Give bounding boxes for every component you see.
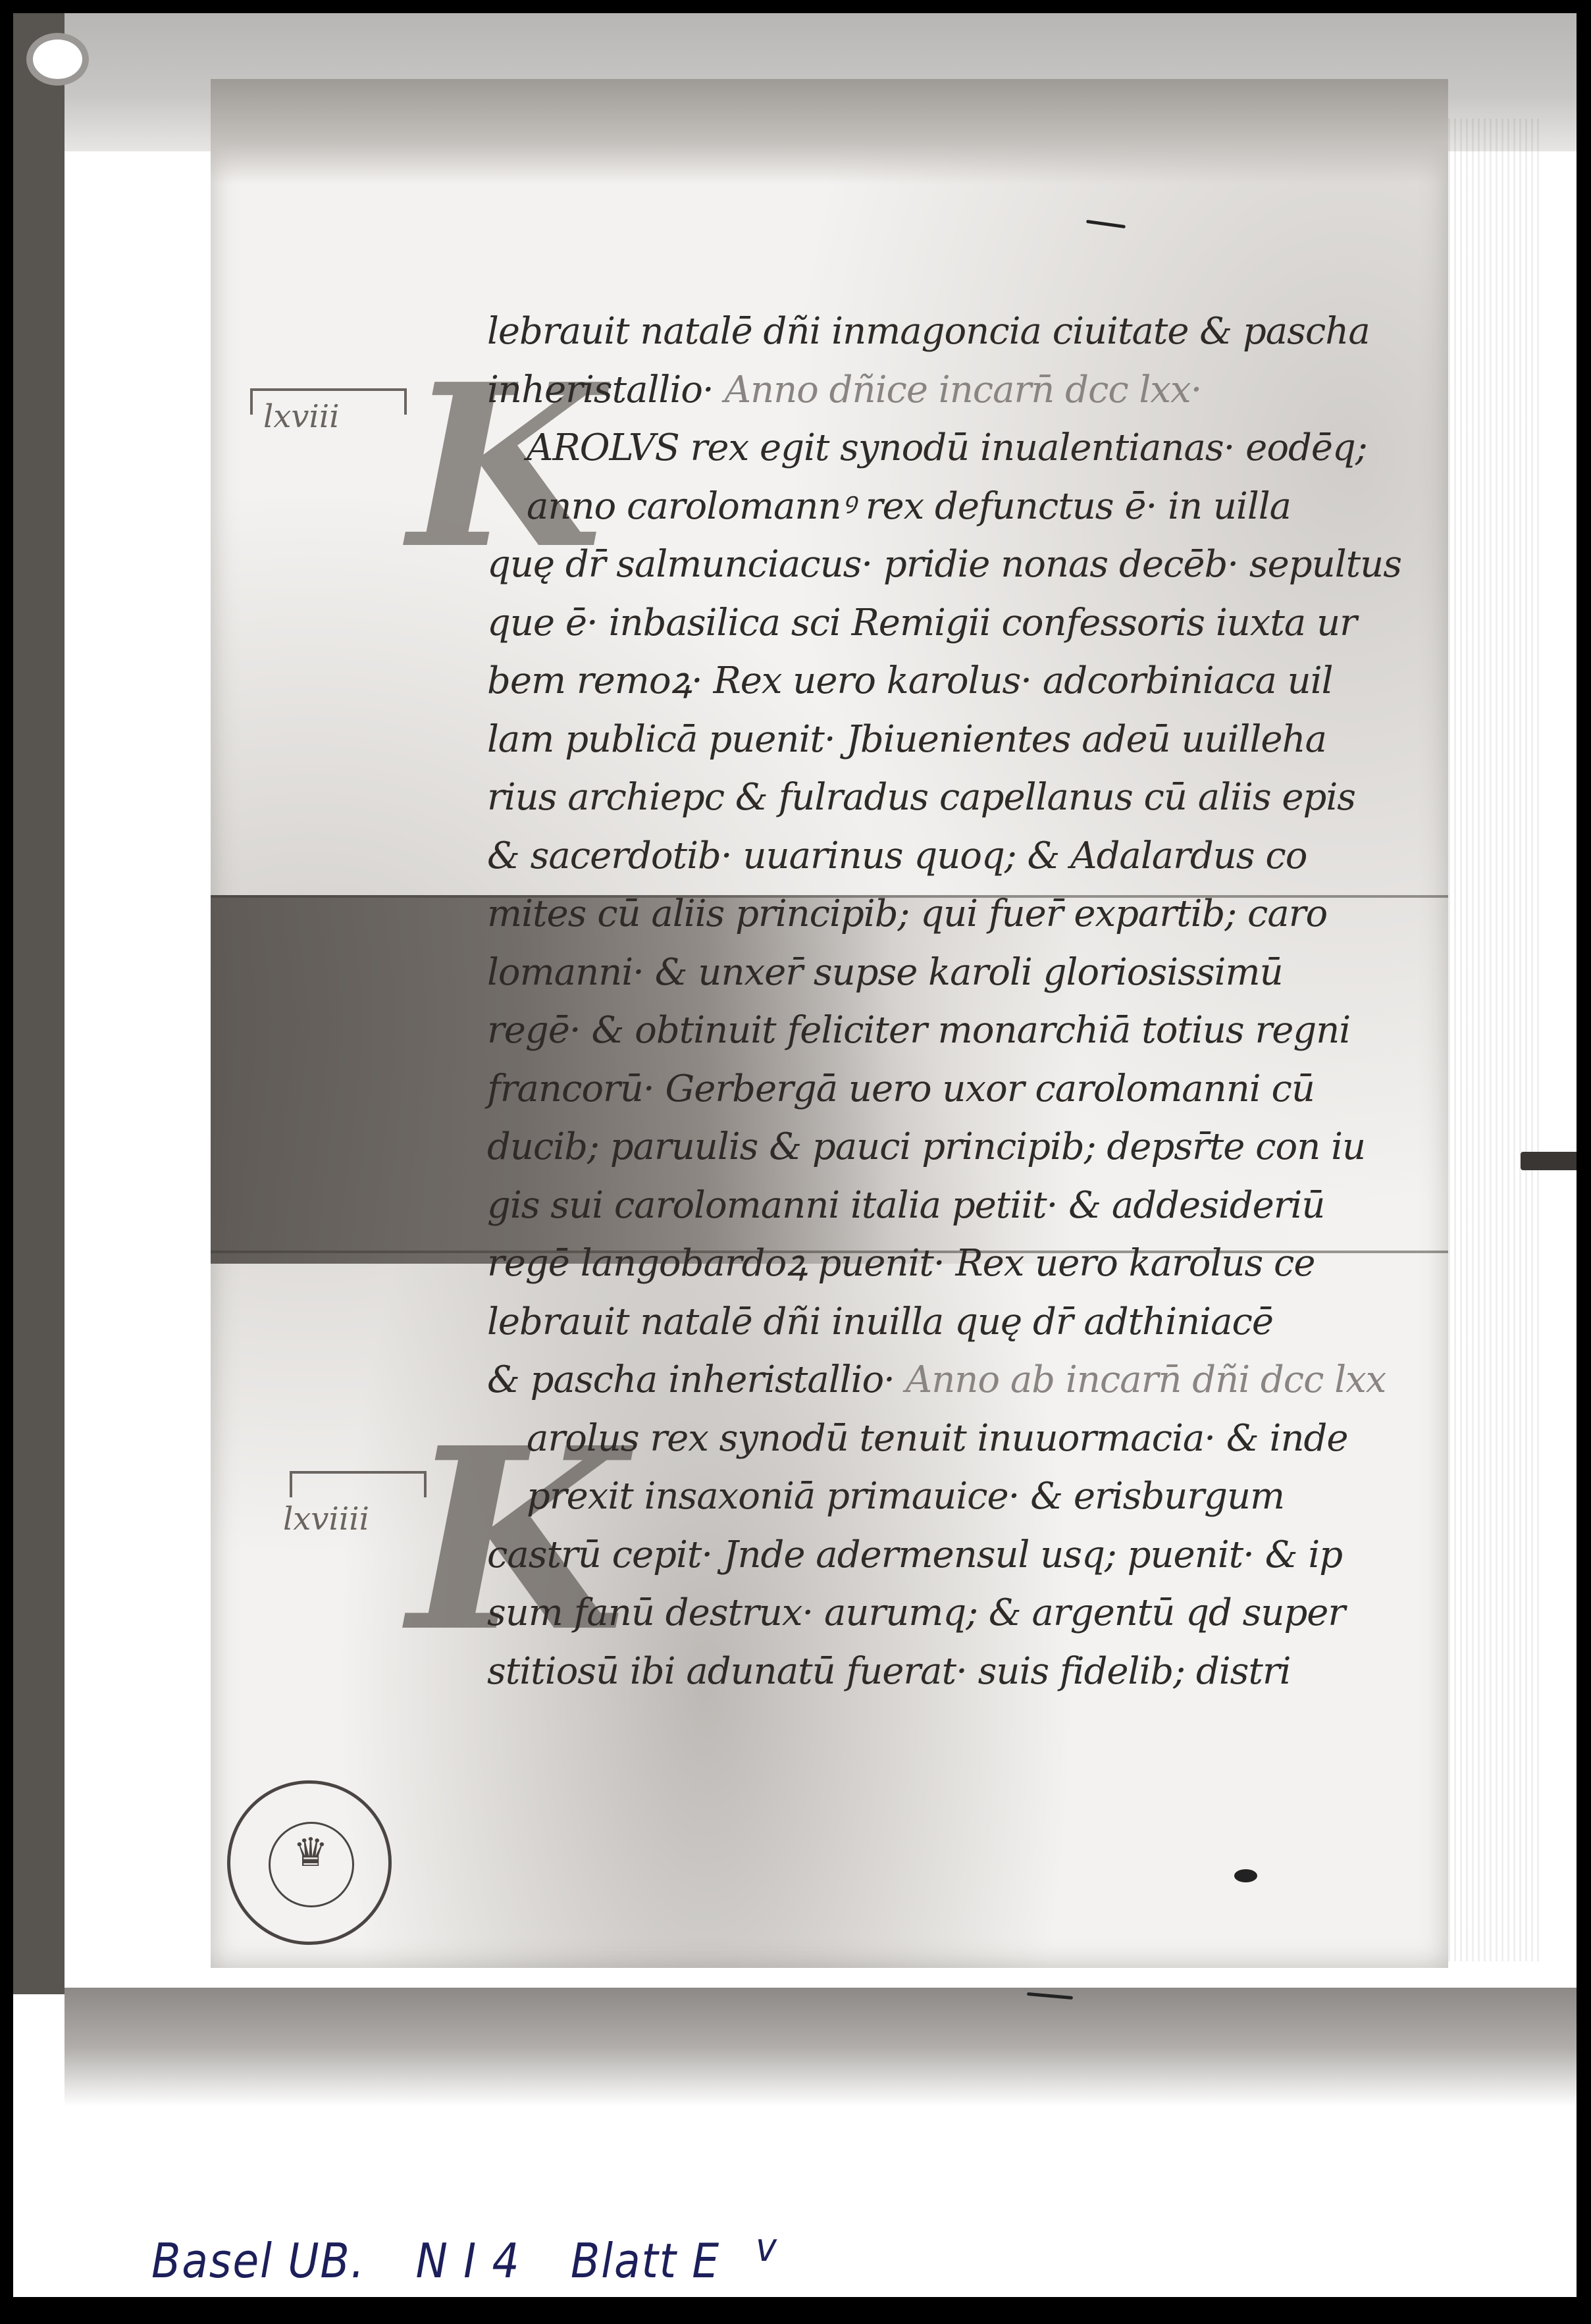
text-line-24: stitiosū ibi adunatū fuerat· suis fideli… (487, 1643, 1422, 1701)
text-line-16: gis sui carolomanni italia petiit· & add… (487, 1177, 1422, 1235)
caption-folio: Blatt E (571, 2233, 720, 2288)
right-flap-edge (1448, 118, 1540, 1961)
text-line-5: quę dr̄ salmunciacus· pridie nonas decēb… (487, 536, 1422, 594)
text-line-13: regē· & obtinuit feliciter monarchiā tot… (487, 1002, 1422, 1060)
text-line-17: regē langobardoꝝ puenit· Rex uero karolu… (487, 1235, 1422, 1293)
text-line-19: & pascha inheristallio· Anno ab incarn̄ … (487, 1351, 1422, 1410)
faded-rubric: Anno dñice incarn̄ dcc lxx· (725, 369, 1202, 411)
margin-year-1: lxviii (263, 398, 340, 435)
text-line-7: bem remoꝝ· Rex uero karolus· adcorbiniac… (487, 652, 1422, 711)
faded-rubric-2: Anno ab incarn̄ dñi dcc lxx (906, 1358, 1386, 1401)
text-line-20: arolus rex synodū tenuit inuuormacia· & … (487, 1410, 1422, 1468)
text-line-9: rius archiepc & fulradus capellanus cū a… (487, 769, 1422, 827)
text-line-4: anno carolomannꝰ rex defunctus ē· in uil… (487, 478, 1422, 536)
text-line-2: inheristallio· Anno dñice incarn̄ dcc lx… (487, 361, 1422, 420)
margin-year-2: lxviiii (283, 1501, 369, 1537)
manuscript-photograph: lxviii lxviiii K K lebrauit natalē dñi i… (13, 13, 1577, 2185)
text-line-11: mites cū aliis principib; qui fuer̄ expa… (487, 885, 1422, 944)
text-line-1: lebrauit natalē dñi inmagoncia ciuitate … (487, 303, 1422, 361)
library-stamp: ♛ (227, 1780, 392, 1945)
caption-verso-mark: v (756, 2225, 778, 2271)
mount-pin (1521, 1152, 1577, 1170)
left-mount-board (13, 13, 65, 1994)
margin-bracket-2 (290, 1471, 427, 1497)
bottom-backdrop (65, 1988, 1577, 2106)
handwritten-caption: Basel UB. N I 4 Blatt Ev (151, 2225, 778, 2288)
text-line-15: ducib; paruulis & pauci principib; depsr… (487, 1118, 1422, 1177)
text-line-3: AROLVS rex egit synodū inualentianas· eo… (487, 419, 1422, 478)
bottom-black-bar (0, 2297, 1591, 2324)
text-line-6: que ē· inbasilica sci Remigii confessori… (487, 594, 1422, 653)
basel-crosier-icon: ♛ (293, 1830, 328, 1876)
text-line-23: sum fanū destrux· aurumq; & argentū qd s… (487, 1584, 1422, 1643)
text-line-8: lam publicā puenit· Jbiuenientes adeū uu… (487, 711, 1422, 769)
ink-blot (1234, 1869, 1257, 1882)
text-line-10: & sacerdotib· uuarinus quoq; & Adalardus… (487, 827, 1422, 886)
text-line-22: castrū cepit· Jnde adermensul usq; pueni… (487, 1526, 1422, 1585)
leaf-top-edge-shadow (211, 79, 1448, 184)
caption-shelfmark: N I 4 (415, 2233, 520, 2288)
text-line-18: lebrauit natalē dñi inuilla quę dr̄ adth… (487, 1293, 1422, 1352)
text-line-21: prexit insaxoniā primauice· & erisburgum (487, 1468, 1422, 1526)
text-line-14: francorū· Gerbergā uero uxor carolomanni… (487, 1060, 1422, 1119)
text-line-12: lomanni· & unxer̄ supse karoli gloriosis… (487, 944, 1422, 1002)
manuscript-text-block: lebrauit natalē dñi inmagoncia ciuitate … (487, 303, 1422, 1701)
caption-library: Basel UB. (151, 2233, 365, 2288)
scan-frame: lxviii lxviiii K K lebrauit natalē dñi i… (13, 13, 1577, 2297)
punch-hole (33, 39, 82, 79)
